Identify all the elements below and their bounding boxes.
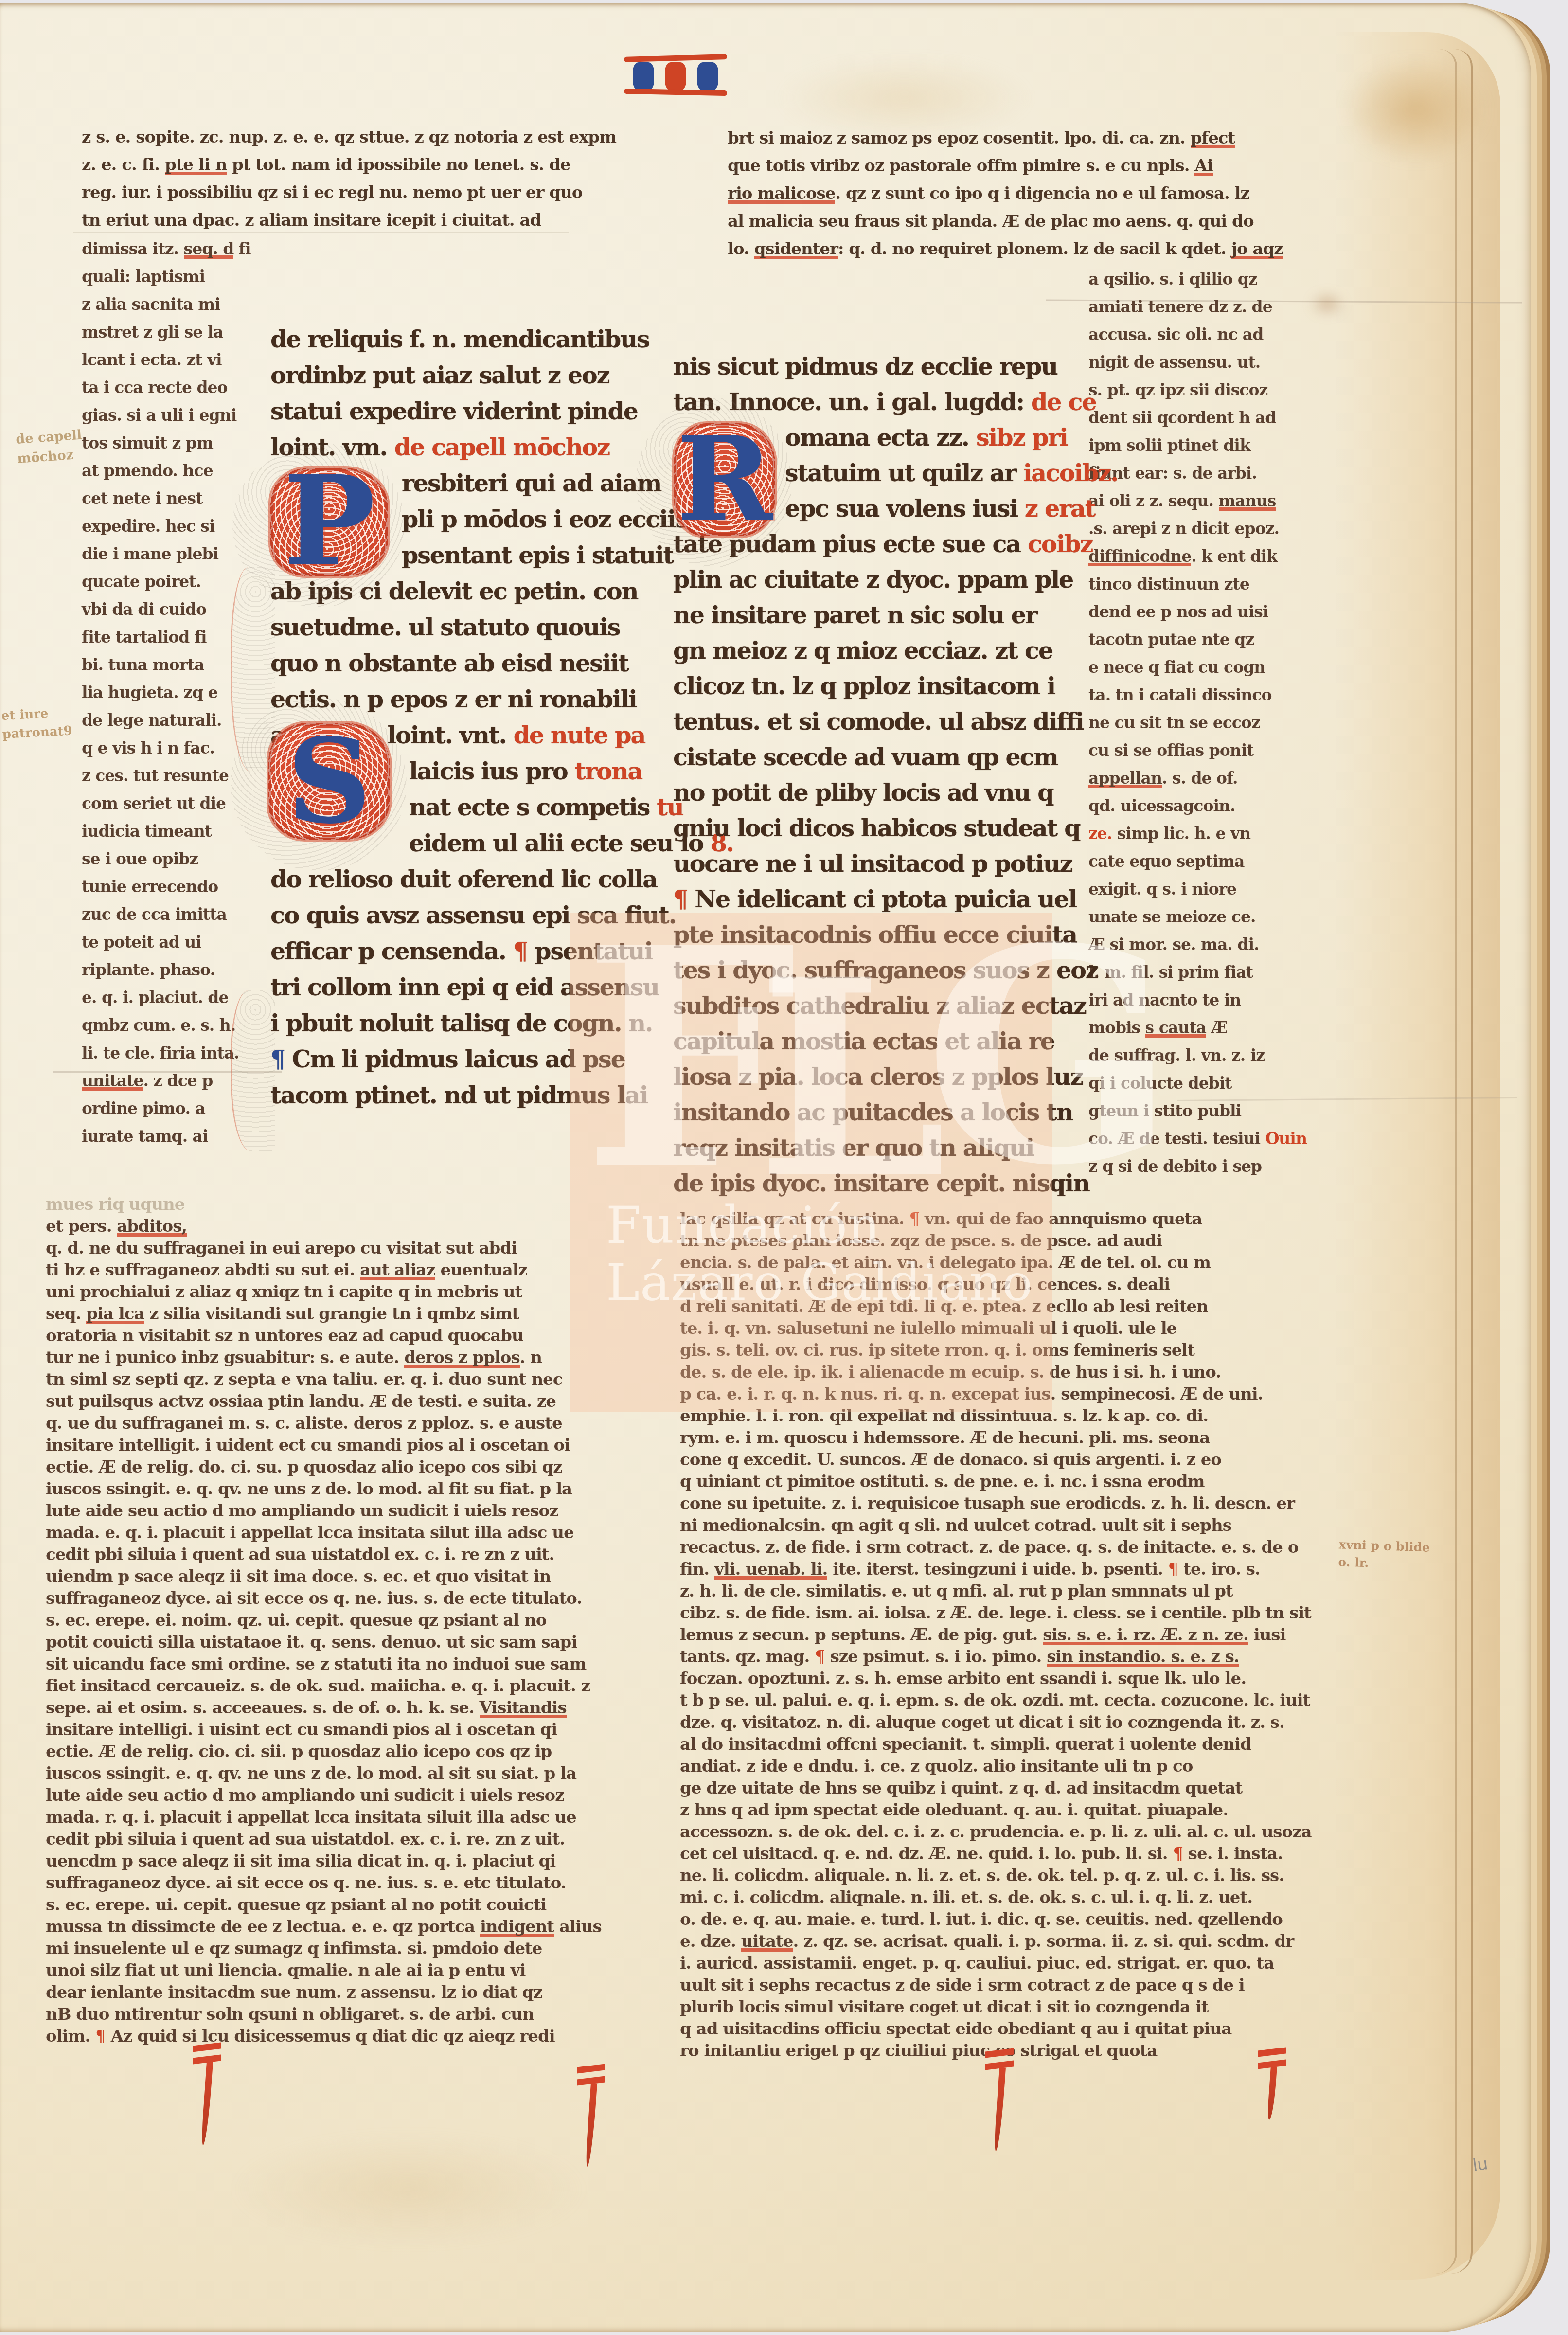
gloss-top-right: brt si maioz z samoz ps epoz cosentit. l… — [728, 128, 1345, 267]
folio-number: III — [630, 55, 722, 97]
text-line: s. ec. erepe. ui. cepit. quesue qz psian… — [46, 1895, 654, 1917]
text-segment: .s. arepi z n dicit epoz. — [1088, 519, 1279, 538]
text-line: o. de. e. q. au. maie. e. turd. l. iut. … — [680, 1910, 1341, 1932]
text-segment: mada. e. q. i. placuit i appellat lcca i… — [46, 1523, 574, 1543]
text-line: accessozn. s. de ok. del. c. i. z. c. pr… — [680, 1822, 1341, 1844]
text-segment: cedit pbi siluia i quent ad sua uistatdo… — [46, 1545, 554, 1564]
text-segment: iudicia timeant — [82, 822, 212, 841]
text-line: o. lr. — [1338, 1555, 1445, 1576]
text-segment: ro initantiu eriget p qz ciuiliui piuc c… — [680, 2041, 1157, 2061]
text-line: ne insitare paret n sic solu er — [673, 601, 1056, 636]
text-segment: fi — [233, 239, 250, 258]
text-line: que totis viribz oz pastorale offm pimir… — [728, 156, 1345, 184]
text-segment: q e vis h i n fac. — [82, 738, 214, 757]
text-segment: reg. iur. i possibiliu qz si i ec regl n… — [82, 183, 582, 202]
text-segment: diffinicodne — [1088, 547, 1191, 567]
text-segment: cone su ipetuite. z. i. requisicoe tusap… — [680, 1494, 1295, 1513]
text-line: ge dze uitate de hns se quibz i quint. z… — [680, 1778, 1341, 1800]
text-segment: uitate — [741, 1932, 793, 1953]
text-segment: . n — [520, 1348, 542, 1367]
text-line: amiati tenere dz z. de — [1088, 297, 1337, 325]
parchment-stain — [1342, 56, 1488, 163]
text-segment: zuc de cca imitta — [82, 905, 227, 924]
text-segment: . z. qz. se. acrisat. quali. i. p. sorma… — [793, 1932, 1294, 1951]
text-segment: eidem ul alii ecte seu lo — [409, 829, 711, 857]
text-segment: quali: laptismi — [82, 267, 205, 286]
text-segment: ¶ — [95, 2027, 106, 2046]
text-line: ai oli z z. sequ. manus — [1088, 491, 1337, 519]
text-segment: cone q excedit. U. suncos. Æ de donaco. … — [680, 1450, 1221, 1470]
text-line: fin. vli. uenab. li. ite. iterst. tesing… — [680, 1560, 1341, 1581]
initial-letter-s: S — [287, 735, 371, 828]
text-segment: : q. d. no requiret plonem. lz de sacil … — [838, 239, 1231, 259]
text-line: reg. iur. i possibiliu qz si i ec regl n… — [82, 183, 578, 211]
text-segment: de ce — [1031, 388, 1096, 416]
text-segment: te poteit ad ui — [82, 933, 201, 952]
text-line: lute aide seu actio d mo ampliando un su… — [46, 1501, 654, 1523]
text-line: s. ec. erepe. ei. noim. qz. ui. cepit. q… — [46, 1611, 654, 1633]
folio-ornament-bar — [624, 54, 727, 62]
text-segment: ectie. Æ de relig. cio. ci. sii. p quosd… — [46, 1742, 552, 1761]
text-line: tentus. et si comode. ul absz diffi — [673, 707, 1056, 743]
text-line: sit uicandu face smi ordine. se z statut… — [46, 1654, 654, 1676]
text-segment: tacotn putae nte qz — [1088, 630, 1254, 649]
text-line: ti hz e suffraganeoz abdti su sut ei. au… — [46, 1260, 654, 1282]
text-segment: accusa. sic oli. nc ad — [1088, 325, 1263, 344]
text-segment: die i mane plebi — [82, 544, 218, 563]
text-segment: no potit de pliby locis ad vnu q — [673, 778, 1053, 807]
text-segment: a qsilio. s. i qlilio qz — [1088, 269, 1257, 288]
text-line: seq. pia lca z silia visitandi sut grang… — [46, 1304, 654, 1326]
text-segment: epc sua volens iusi — [785, 494, 1025, 522]
text-line: ta. tn i catali dissinco — [1088, 685, 1337, 713]
text-line: uult sit i sephs recactus z de side i sr… — [680, 1976, 1341, 1997]
watermark-caption-line1: Fundación — [606, 1196, 881, 1255]
red-ribbon-mark — [983, 2050, 1017, 2159]
text-segment: s. pt. qz ipz sii discoz — [1088, 380, 1267, 399]
text-line: nigit de assensu. ut. — [1088, 353, 1337, 380]
text-line: mi insuelente ul e qz sumagz q infimsta.… — [46, 1939, 654, 1961]
text-line: cate equo septima — [1088, 852, 1337, 880]
text-segment: de nute pa — [514, 721, 645, 749]
text-segment: dze. q. visitatoz. n. di. aluque coget u… — [680, 1713, 1284, 1732]
text-segment: fite tartaliod fi — [82, 628, 206, 647]
text-line: fiunt ear: s. de arbi. — [1088, 464, 1337, 491]
initial-letter-r: R — [677, 433, 773, 526]
text-line: dze. q. visitatoz. n. di. aluque coget u… — [680, 1713, 1341, 1735]
text-segment: pt tot. nam id ipossibile no tenet. s. d… — [227, 155, 570, 175]
text-line: ze. simp lic. h. e vn — [1088, 824, 1337, 852]
text-line: gniu loci dicos habicos studeat q — [673, 814, 1056, 849]
text-segment: iuscos ssingit. e. q. qv. ne uns z de. l… — [46, 1764, 576, 1783]
text-line: insitare intelligit. i uident ect cu sma… — [46, 1436, 654, 1457]
text-line: dent sii qcordent h ad — [1088, 408, 1337, 436]
text-line: cibz. s. de fide. ism. ai. iolsa. z Æ. d… — [680, 1603, 1341, 1625]
text-line: tants. qz. mag. ¶ sze psimut. s. i io. p… — [680, 1647, 1341, 1669]
text-segment: pte li n — [165, 155, 227, 176]
text-line: tos simuit z pm — [82, 433, 267, 461]
text-line: qd. uicessagcoin. — [1088, 796, 1337, 824]
text-segment: ta i cca recte deo — [82, 378, 227, 397]
text-segment: s. ec. erepe. ui. cepit. quesue qz psian… — [46, 1895, 546, 1915]
text-line: diffinicodne. k ent dik — [1088, 547, 1337, 575]
text-line: sut puilsqus actvz ossiaa ptin landu. Æ … — [46, 1392, 654, 1414]
text-segment: ¶ — [513, 937, 527, 965]
text-segment: iacoibz. — [1023, 459, 1118, 487]
text-segment: vbi da di cuido — [82, 600, 206, 619]
text-line: a qsilio. s. i qlilio qz — [1088, 269, 1337, 297]
text-segment: gn meioz z q mioz ecciaz. zt ce — [673, 636, 1052, 665]
text-segment: resbiteri qui ad aiam — [402, 469, 661, 497]
text-line: fiet insitacd cercaueiz. s. de ok. sud. … — [46, 1676, 654, 1698]
text-segment: gniu loci dicos habicos studeat q — [673, 814, 1080, 842]
text-segment: o. lr. — [1338, 1555, 1369, 1570]
text-segment: iusi — [1248, 1625, 1286, 1645]
text-segment: recactus. z. de fide. i srm cotract. z. … — [680, 1538, 1298, 1557]
text-line: at pmendo. hce — [82, 461, 267, 489]
text-line: cu si se offias ponit — [1088, 741, 1337, 769]
text-line: plurib locis simul visitare coget ut dic… — [680, 1997, 1341, 2019]
text-line: uni prochialui z aliaz q xniqz tn i capi… — [46, 1282, 654, 1304]
text-segment: cu si se offias ponit — [1088, 741, 1254, 760]
text-segment: e. q. i. placiut. de — [82, 988, 228, 1007]
text-segment: ectie. Æ de relig. do. ci. su. p quosdaz… — [46, 1457, 562, 1477]
text-segment: tn eriut una dpac. z aliam insitare icep… — [82, 211, 541, 230]
text-segment: uiendm p sace aleqz ii sit ima doce. s. … — [46, 1567, 551, 1586]
text-segment: nis sicut pidmus dz ecclie repu — [673, 352, 1057, 380]
text-segment: suetudme. ul statuto quouis — [270, 613, 620, 641]
text-segment: qd. uicessagcoin. — [1088, 796, 1235, 815]
text-segment: cedit pbi siluia i quent ad sua uistatdo… — [46, 1830, 565, 1849]
text-segment: pfect — [1191, 128, 1235, 149]
text-segment: uult sit i sephs recactus z de side i sr… — [680, 1976, 1245, 1995]
text-segment: z hns q ad ipm spectat eide oleduant. q.… — [680, 1800, 1228, 1820]
text-segment: at pmendo. hce — [82, 461, 213, 480]
text-segment: deros z pplos — [404, 1348, 519, 1369]
text-line: uiendm p sace aleqz ii sit ima doce. s. … — [46, 1567, 654, 1589]
text-line: ectie. Æ de relig. cio. ci. sii. p quosd… — [46, 1742, 654, 1764]
text-segment: z silia visitandi sut grangie tn i qmbz … — [144, 1304, 519, 1324]
text-segment: rym. e. i m. quoscu i hdemssore. Æ de he… — [680, 1428, 1210, 1448]
text-line: iuscos ssingit. e. q. qv. ne uns z de. l… — [46, 1764, 654, 1786]
text-line: quo n obstante ab eisd nesiit — [270, 649, 656, 685]
text-segment: unoi silz fiat ut uni liencia. qmalie. n… — [46, 1961, 525, 1980]
text-line: suffraganeoz dyce. ai sit ecce os q. ne.… — [46, 1873, 654, 1895]
text-segment: z alia sacnita mi — [82, 295, 220, 314]
gloss-bottom-left-column: mues riq uquneet pers. abditos,q. d. ne … — [46, 1195, 654, 2048]
text-segment: ta. tn i catali dissinco — [1088, 685, 1271, 704]
text-line: q ad uisitacdins officiu spectat eide ob… — [680, 2019, 1341, 2041]
text-line: tur ne i punico inbz gsuabitur: s. e aut… — [46, 1348, 654, 1370]
text-line: nB duo mtirentur soln qsuni n obligaret.… — [46, 2005, 654, 2027]
text-segment: pia lca — [86, 1304, 144, 1325]
text-segment: mussa tn dissimcte de ee z lectua. e. e.… — [46, 1917, 480, 1937]
text-line: mstret z gli se la — [82, 323, 267, 350]
text-segment: uocare ne i ul insitacod p potiuz — [673, 849, 1072, 878]
text-segment: mada. r. q. i. placuit i appellat lcca i… — [46, 1808, 576, 1827]
red-ribbon-mark — [191, 2044, 225, 2154]
text-line: lute aide seu actio d mo ampliando uni s… — [46, 1786, 654, 1808]
text-segment: suffraganeoz dyce. ai sit ecce os q. ne.… — [46, 1589, 582, 1608]
gloss-top-left: z s. e. sopite. zc. nup. z. e. e. qz stt… — [82, 127, 578, 238]
text-line: uocare ne i ul insitacod p potiuz — [673, 849, 1056, 885]
text-segment: ite. iterst. tesingzuni i uide. b. psent… — [827, 1560, 1168, 1579]
parchment-stain — [233, 2134, 584, 2245]
text-segment: ne insitare paret n sic solu er — [673, 601, 1037, 629]
text-segment: abditos, — [117, 1217, 187, 1238]
text-segment: . k ent dik — [1191, 547, 1277, 566]
text-segment: plin ac ciuitate z dyoc. ppam ple — [673, 565, 1073, 593]
text-segment: tinco distinuun zte — [1088, 575, 1249, 593]
text-line: zuc de cca imitta — [82, 905, 267, 933]
text-line: z s. e. sopite. zc. nup. z. e. e. qz stt… — [82, 127, 578, 155]
margin-note-left-upper: de capellmōchoz — [15, 426, 100, 471]
text-segment: qucate poiret. — [82, 572, 201, 591]
text-segment: unitate — [82, 1071, 143, 1092]
text-line: dend ee p nos ad uisi — [1088, 602, 1337, 630]
text-segment: cet cel uisitacd. q. e. nd. dz. Æ. ne. q… — [680, 1844, 1173, 1864]
red-ribbon-mark — [575, 2066, 609, 2175]
text-segment: tentus. et si comode. ul absz diffi — [673, 707, 1084, 736]
text-line: clicoz tn. lz q pploz insitacom i — [673, 672, 1056, 707]
text-segment: cate equo septima — [1088, 852, 1245, 871]
text-segment: cibz. s. de fide. ism. ai. iolsa. z Æ. d… — [680, 1603, 1311, 1623]
text-segment: al do insitacdmi offcni specianit. t. si… — [680, 1735, 1251, 1754]
text-segment: nigit de assensu. ut. — [1088, 353, 1260, 372]
text-line: cone q excedit. U. suncos. Æ de donaco. … — [680, 1450, 1341, 1472]
text-segment: ni medionalcsin. qn agit q sli. nd uulce… — [680, 1516, 1231, 1535]
text-segment: ne cu sit tn se eccoz — [1088, 713, 1260, 732]
text-line: suffraganeoz dyce. ai sit ecce os q. ne.… — [46, 1589, 654, 1611]
text-line: al do insitacdmi offcni specianit. t. si… — [680, 1735, 1341, 1757]
decorated-initial-p: P — [267, 464, 392, 580]
text-line: q. d. ne du suffraganei in eui arepo cu … — [46, 1239, 654, 1260]
text-line: nis sicut pidmus dz ecclie repu — [673, 352, 1056, 388]
text-segment: tants. qz. mag. — [680, 1647, 815, 1667]
text-line: ordinbz put aiaz salut z eoz — [270, 361, 656, 397]
text-segment: ge dze uitate de hns se quibz i quint. z… — [680, 1778, 1242, 1798]
text-line: foczan. opoztuni. z. s. h. emse arbito e… — [680, 1669, 1341, 1691]
text-line: mussa tn dissimcte de ee z lectua. e. e.… — [46, 1917, 654, 1939]
text-line: mi. c. i. colicdm. aliqnale. n. ili. et.… — [680, 1888, 1341, 1910]
text-segment: e. dze. — [680, 1932, 741, 1951]
text-line: sepe. ai et osim. s. acceeaues. s. de of… — [46, 1698, 654, 1720]
text-line: al malicia seu fraus sit planda. Æ de pl… — [728, 212, 1345, 239]
text-line: de reliquis f. n. mendicantibus — [270, 325, 656, 361]
text-segment: q. d. ne du suffraganei in eui arepo cu … — [46, 1239, 517, 1258]
text-segment: accessozn. s. de ok. del. c. i. z. c. pr… — [680, 1822, 1312, 1842]
text-segment: simp lic. h. e vn — [1112, 824, 1250, 843]
text-segment: suffraganeoz dyce. ai sit ecce os q. ne.… — [46, 1873, 566, 1893]
text-segment: z s. e. sopite. zc. nup. z. e. e. qz stt… — [82, 127, 616, 147]
text-segment: ti hz e suffraganeoz abdti su sut ei. — [46, 1260, 360, 1280]
text-segment: ai oli z z. sequ. — [1088, 491, 1219, 510]
text-line: ne. li. colicdm. aliquale. n. li. z. et.… — [680, 1866, 1341, 1888]
text-segment: Az quid si lcu disicessemus q diat dic q… — [106, 2027, 555, 2046]
text-line: se i oue opibz — [82, 849, 267, 877]
text-segment: olim. — [46, 2027, 95, 2046]
text-segment: oratoria n visitabit sz n untores eaz ad… — [46, 1326, 523, 1346]
text-segment: lute aide seu actio d mo ampliando uni s… — [46, 1786, 564, 1805]
text-segment: et pers. — [46, 1217, 117, 1236]
text-segment: euentualz — [435, 1260, 527, 1280]
text-segment: tur ne i punico inbz gsuabitur: s. e aut… — [46, 1348, 404, 1367]
text-segment: Visitandis — [480, 1698, 567, 1719]
text-segment: expedire. hec si — [82, 517, 214, 536]
text-segment: amiati tenere dz z. de — [1088, 297, 1272, 316]
text-segment: riplante. phaso. — [82, 960, 215, 979]
text-segment: lia hugieta. zq e — [82, 683, 217, 702]
text-segment: i. auricd. assistamii. enget. p. q. caul… — [680, 1954, 1274, 1973]
text-segment: dent sii qcordent h ad — [1088, 408, 1276, 427]
text-line: z alia sacnita mi — [82, 295, 267, 323]
text-segment: manus — [1219, 491, 1276, 512]
text-segment: fiet insitacd cercaueiz. s. de ok. sud. … — [46, 1676, 590, 1696]
text-segment: sze psimut. s. i io. pimo. — [825, 1647, 1047, 1667]
text-segment: z ces. tut resunte — [82, 766, 229, 785]
text-line: tinco distinuun zte — [1088, 575, 1337, 602]
text-segment: patronat9 — [2, 723, 72, 741]
page-margin-tint — [1335, 32, 1500, 2280]
text-segment: li. te cle. firia inta. — [82, 1043, 239, 1062]
text-line: z. e. c. fi. pte li n pt tot. nam id ipo… — [82, 155, 578, 183]
text-line: mada. r. q. i. placuit i appellat lcca i… — [46, 1808, 654, 1830]
text-segment: sis. s. e. i. rz. Æ. z n. ze. — [1043, 1625, 1248, 1646]
text-line: te poteit ad ui — [82, 933, 267, 960]
watermark-letter-g: G — [924, 942, 1176, 1172]
text-segment: iuscos ssingit. e. q. qv. ne uns z de. l… — [46, 1479, 572, 1499]
text-segment: iurate tamq. ai — [82, 1127, 208, 1146]
pencil-mark: lu — [1471, 2154, 1489, 2175]
text-line: oratoria n visitabit sz n untores eaz ad… — [46, 1326, 654, 1348]
text-line: quali: laptismi — [82, 267, 267, 295]
text-line: .s. arepi z n dicit epoz. — [1088, 519, 1337, 547]
text-line: tn siml sz septi qz. z septa e vna taliu… — [46, 1370, 654, 1392]
text-segment: laicis ius pro — [409, 757, 575, 785]
text-line: gias. si a uli i egni — [82, 406, 267, 433]
text-line: iuscos ssingit. e. q. qv. ne uns z de. l… — [46, 1479, 654, 1501]
text-segment: sit uicandu face smi ordine. se z statut… — [46, 1654, 586, 1674]
text-segment: tunie errecendo — [82, 877, 218, 896]
text-segment: se i oue opibz — [82, 849, 198, 868]
text-segment: rio malicose — [728, 184, 835, 205]
text-line: appellan. s. de of. — [1088, 769, 1337, 796]
text-segment: mōchoz — [17, 448, 74, 467]
text-line: ta i cca recte deo — [82, 378, 267, 406]
text-line: cone su ipetuite. z. i. requisicoe tusap… — [680, 1494, 1341, 1516]
text-segment: ¶ — [1168, 1560, 1178, 1579]
text-segment: dear ienlante insitacdm sue num. z assen… — [46, 1983, 542, 2002]
text-segment: o. de. e. q. au. maie. e. turd. l. iut. … — [680, 1910, 1283, 1929]
text-segment: t b p se. ul. palui. e. q. i. epm. s. de… — [680, 1691, 1310, 1710]
text-segment: andiat. z ide e dndu. i. ce. z quolz. al… — [680, 1757, 1193, 1776]
text-segment: qmbz cum. e. s. h. — [82, 1016, 235, 1035]
text-line: e. dze. uitate. z. qz. se. acrisat. qual… — [680, 1932, 1341, 1954]
text-line: suetudme. ul statuto quouis — [270, 613, 656, 649]
text-segment: uni prochialui z aliaz q xniqz tn i capi… — [46, 1282, 522, 1302]
text-segment: sut puilsqus actvz ossiaa ptin landu. Æ … — [46, 1392, 556, 1411]
text-line: riplante. phaso. — [82, 960, 267, 988]
text-line: recactus. z. de fide. i srm cotract. z. … — [680, 1538, 1341, 1560]
text-line: accusa. sic oli. nc ad — [1088, 325, 1337, 353]
text-segment: ¶ — [1173, 1844, 1183, 1864]
text-segment: de capell — [15, 428, 82, 447]
text-line: dear ienlante insitacdm sue num. z assen… — [46, 1983, 654, 2005]
text-segment: . z dce p — [143, 1071, 213, 1090]
text-line: mada. e. q. i. placuit i appellat lcca i… — [46, 1523, 654, 1545]
text-line: rio malicose. qz z sunt co ipo q i digen… — [728, 184, 1345, 212]
text-segment: Ouin — [1265, 1129, 1307, 1148]
text-segment: seq. d — [184, 239, 234, 260]
penwork-flourish — [231, 990, 275, 1151]
text-segment: de reliquis f. n. mendicantibus — [270, 325, 649, 353]
text-segment: mi insuelente ul e qz sumagz q infimsta.… — [46, 1939, 542, 1958]
text-line: cedit pbi siluia i quent ad sua uistatdo… — [46, 1830, 654, 1851]
text-segment: lcant i ecta. zt vi — [82, 350, 222, 369]
text-segment: ordinbz put aiaz salut z eoz — [270, 361, 609, 389]
text-segment: insitare intelligit. i uident ect cu sma… — [46, 1436, 570, 1455]
folio-number-label: III — [630, 55, 630, 56]
text-segment: qsidenter — [754, 239, 838, 260]
text-segment: potit couicti silla uistataoe it. q. sen… — [46, 1633, 577, 1652]
text-segment: vli. uenab. li. — [714, 1560, 827, 1581]
text-segment: com seriet ut die — [82, 794, 226, 813]
text-line: lemus z secun. p septuns. Æ. de pig. gut… — [680, 1625, 1341, 1647]
text-segment: nat ecte s competis — [409, 793, 657, 821]
text-line: andiat. z ide e dndu. i. ce. z quolz. al… — [680, 1757, 1341, 1778]
text-line: unoi silz fiat ut uni liencia. qmalie. n… — [46, 1961, 654, 1983]
decorated-initial-s: S — [265, 719, 394, 844]
watermark-caption-line2: Lázaro Galdiano — [606, 1253, 1033, 1312]
text-line: statui expedire viderint pinde — [270, 397, 656, 433]
text-segment: te. iro. s. — [1178, 1560, 1260, 1579]
red-ribbon-mark — [1256, 2049, 1290, 2127]
text-line: z hns q ad ipm spectat eide oleduant. q.… — [680, 1800, 1341, 1822]
text-segment: z. h. li. de cle. similatis. e. ut q mfi… — [680, 1581, 1233, 1601]
text-segment: e nece q fiat cu cogn — [1088, 658, 1265, 677]
text-line: cedit pbi siluia i quent ad sua uistatdo… — [46, 1545, 654, 1567]
text-segment: uencdm p sace aleqz ii sit ima silia dic… — [46, 1851, 555, 1871]
text-segment: ipm solii ptinet dik — [1088, 436, 1250, 455]
text-segment: foczan. opoztuni. z. s. h. emse arbito e… — [680, 1669, 1246, 1688]
text-line: ipm solii ptinet dik — [1088, 436, 1337, 464]
text-segment: trona — [575, 757, 642, 785]
margin-note-left-lower: et iurepatronat9 — [1, 704, 95, 746]
text-segment: de lege naturali. — [82, 711, 222, 730]
text-line: lcant i ecta. zt vi — [82, 350, 267, 378]
text-segment: ¶ — [815, 1647, 825, 1667]
page-fore-edge-line — [1436, 49, 1457, 2274]
text-segment: de capell mōchoz — [394, 433, 609, 461]
text-segment: . s. de of. — [1162, 769, 1238, 788]
text-line: olim. ¶ Az quid si lcu disicessemus q di… — [46, 2027, 654, 2048]
text-segment: lo. — [728, 239, 754, 259]
text-segment: se. i. insta. — [1183, 1844, 1283, 1864]
text-segment: aut aliaz — [360, 1260, 435, 1281]
text-line: potit couicti silla uistataoe it. q. sen… — [46, 1633, 654, 1654]
text-line: rym. e. i m. quoscu i hdemssore. Æ de he… — [680, 1428, 1341, 1450]
text-segment: statui expedire viderint pinde — [270, 397, 638, 425]
text-line: dimissa itz. seq. d fi — [82, 239, 267, 267]
text-line: q. ue du suffraganei m. s. c. aliste. de… — [46, 1414, 654, 1436]
text-segment: insitare intelligi. i uisint ect cu sman… — [46, 1720, 557, 1740]
text-segment: ze. — [1088, 824, 1112, 843]
text-segment: cistate scecde ad vuam qp ecm — [673, 743, 1057, 771]
initial-letter-p: P — [283, 473, 375, 571]
text-line: ni medionalcsin. qn agit q sli. nd uulce… — [680, 1516, 1341, 1538]
text-line: tunie errecendo — [82, 877, 267, 905]
folio-stroke-i — [697, 62, 718, 90]
